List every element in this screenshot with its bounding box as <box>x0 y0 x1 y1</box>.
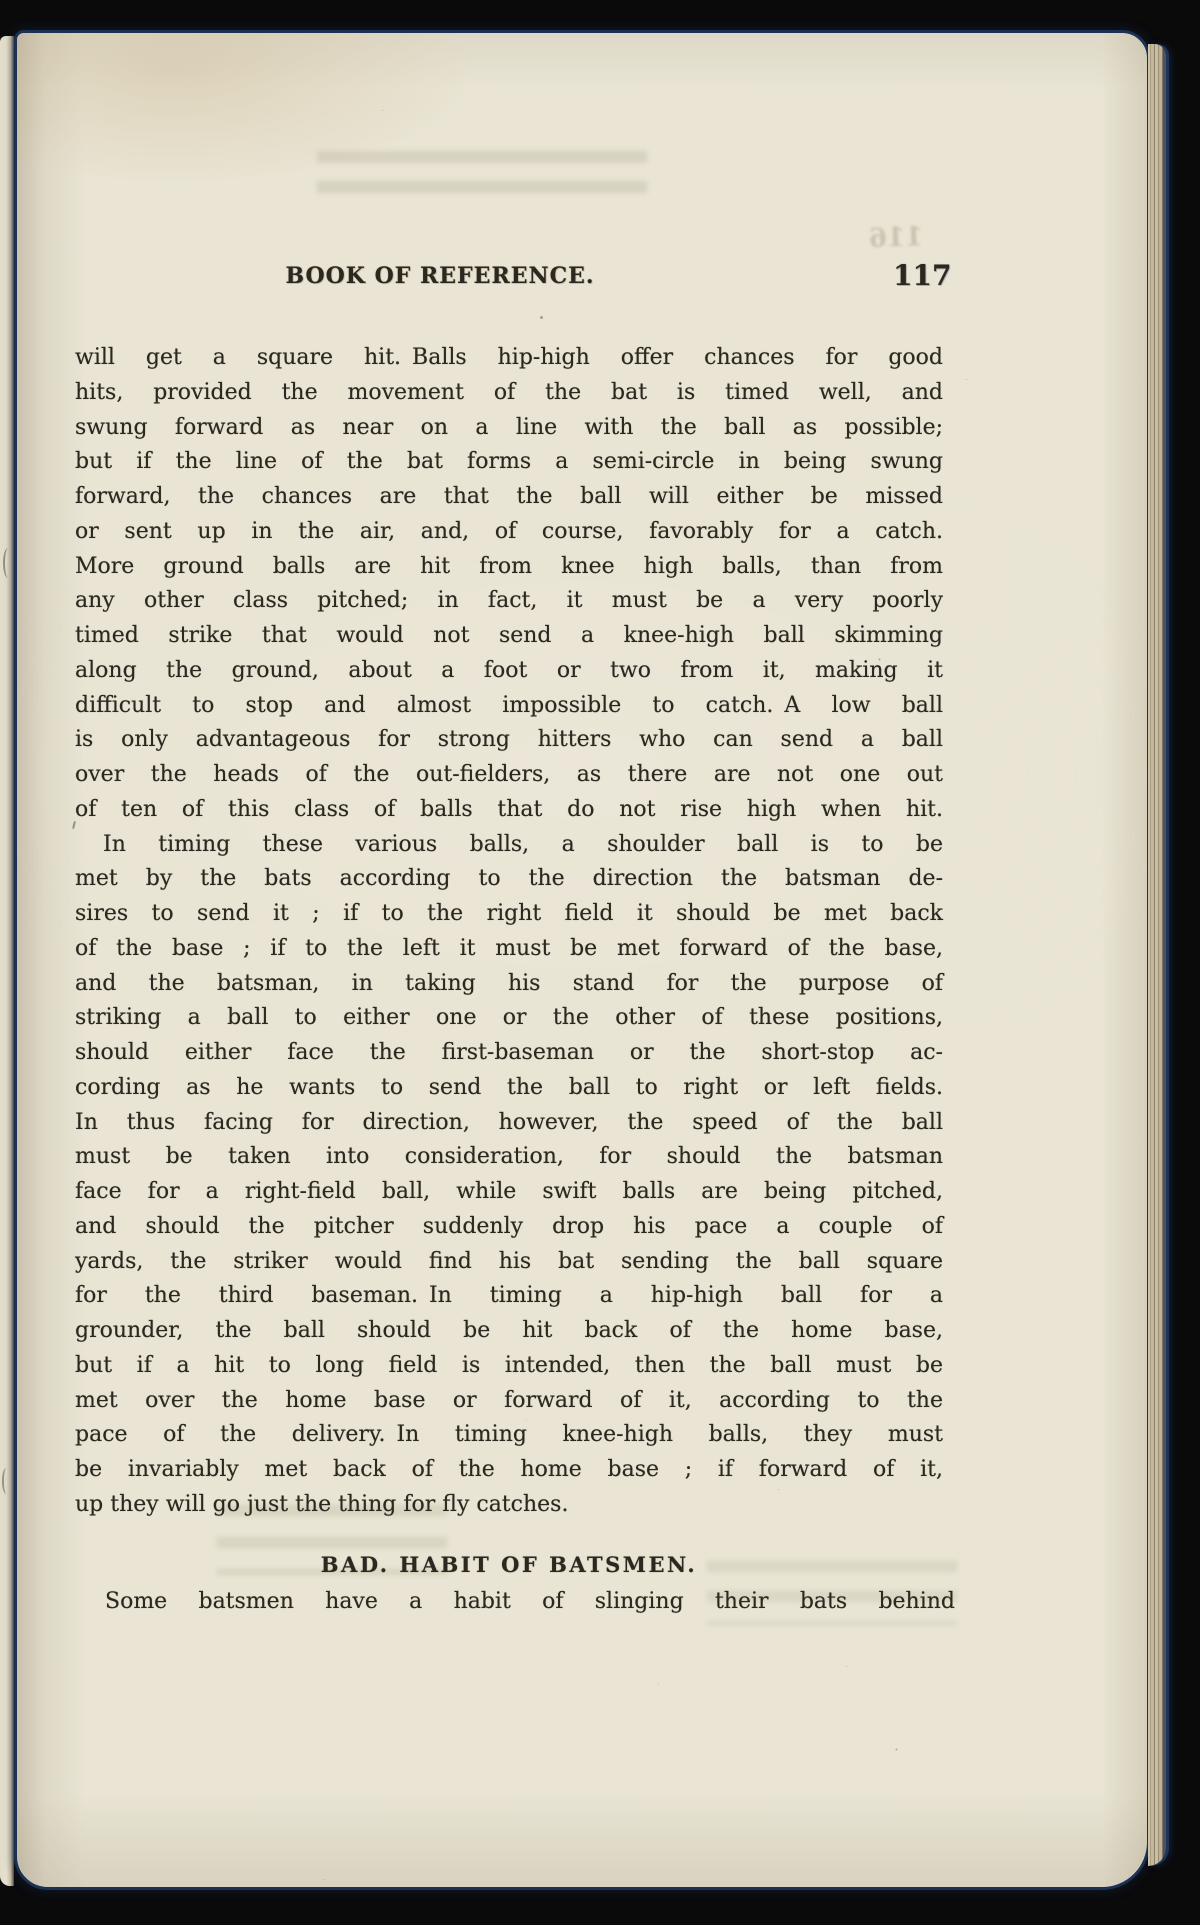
running-title: BOOK OF REFERENCE. <box>175 263 705 289</box>
text-line: pace of the delivery. In timing knee-hig… <box>75 1418 943 1453</box>
text-line: but if a hit to long field is intended, … <box>75 1349 943 1384</box>
text-line: cording as he wants to send the ball to … <box>75 1071 943 1106</box>
text-line: and should the pitcher suddenly drop his… <box>75 1210 943 1245</box>
text-line: In timing these various balls, a shoulde… <box>75 828 943 863</box>
text-line: be invariably met back of the home base … <box>75 1453 943 1488</box>
text-line: any other class pitched; in fact, it mus… <box>75 584 943 619</box>
text-line: striking a ball to either one or the oth… <box>75 1001 943 1036</box>
text-line: grounder, the ball should be hit back of… <box>75 1314 943 1349</box>
text-line: but if the line of the bat forms a semi-… <box>75 445 943 480</box>
text-line: More ground balls are hit from knee high… <box>75 550 943 585</box>
scan-background: BOOK OF REFERENCE. 116 117 will get a sq… <box>0 0 1200 1925</box>
text-line: must be taken into consideration, for sh… <box>75 1140 943 1175</box>
margin-mark <box>2 1468 11 1494</box>
dust-specks <box>17 33 20 36</box>
text-line: met over the home base or forward of it,… <box>75 1384 943 1419</box>
margin-mark <box>3 548 13 578</box>
book-page: BOOK OF REFERENCE. 116 117 will get a sq… <box>14 30 1150 1890</box>
text-line: timed strike that would not send a knee-… <box>75 619 943 654</box>
page-number: 117 <box>893 259 951 292</box>
text-line: should either face the first-baseman or … <box>75 1036 943 1071</box>
text-line: up they will go just the thing for fly c… <box>75 1488 943 1523</box>
text-line: along the ground, about a foot or two fr… <box>75 654 943 689</box>
text-line: In thus facing for direction, however, t… <box>75 1106 943 1141</box>
text-line: yards, the striker would find his bat se… <box>75 1245 943 1280</box>
text-line: or sent up in the air, and, of course, f… <box>75 515 943 550</box>
text-line: of ten of this class of balls that do no… <box>75 793 943 828</box>
text-line: forward, the chances are that the ball w… <box>75 480 943 515</box>
text-line: for the third baseman. In timing a hip-h… <box>75 1279 943 1314</box>
text-line: and the batsman, in taking his stand for… <box>75 967 943 1002</box>
ghost-page-number: 116 <box>868 222 923 254</box>
section-first-line: Some batsmen have a habit of slinging th… <box>75 1585 955 1620</box>
text-line: is only advantageous for strong hitters … <box>75 723 943 758</box>
text-line: difficult to stop and almost impossible … <box>75 689 943 724</box>
text-line: swung forward as near on a line with the… <box>75 411 943 446</box>
running-head: BOOK OF REFERENCE. 116 117 <box>17 263 1153 297</box>
show-through-smudge <box>317 151 647 207</box>
text-line: met by the bats according to the directi… <box>75 862 943 897</box>
text-line: face for a right-field ball, while swift… <box>75 1175 943 1210</box>
previous-page-edge <box>0 36 14 1886</box>
text-line: sires to send it ; if to the right field… <box>75 897 943 932</box>
page-edges-stack <box>1148 44 1166 1866</box>
text-line: hits, provided the movement of the bat i… <box>75 376 943 411</box>
text-line: will get a square hit. Balls hip-high of… <box>75 341 943 376</box>
text-line: of the base ; if to the left it must be … <box>75 932 943 967</box>
body-lines: will get a square hit. Balls hip-high of… <box>75 341 943 1523</box>
section-heading: BAD. HABIT OF BATSMEN. <box>75 1552 943 1577</box>
text-line: over the heads of the out-fielders, as t… <box>75 758 943 793</box>
